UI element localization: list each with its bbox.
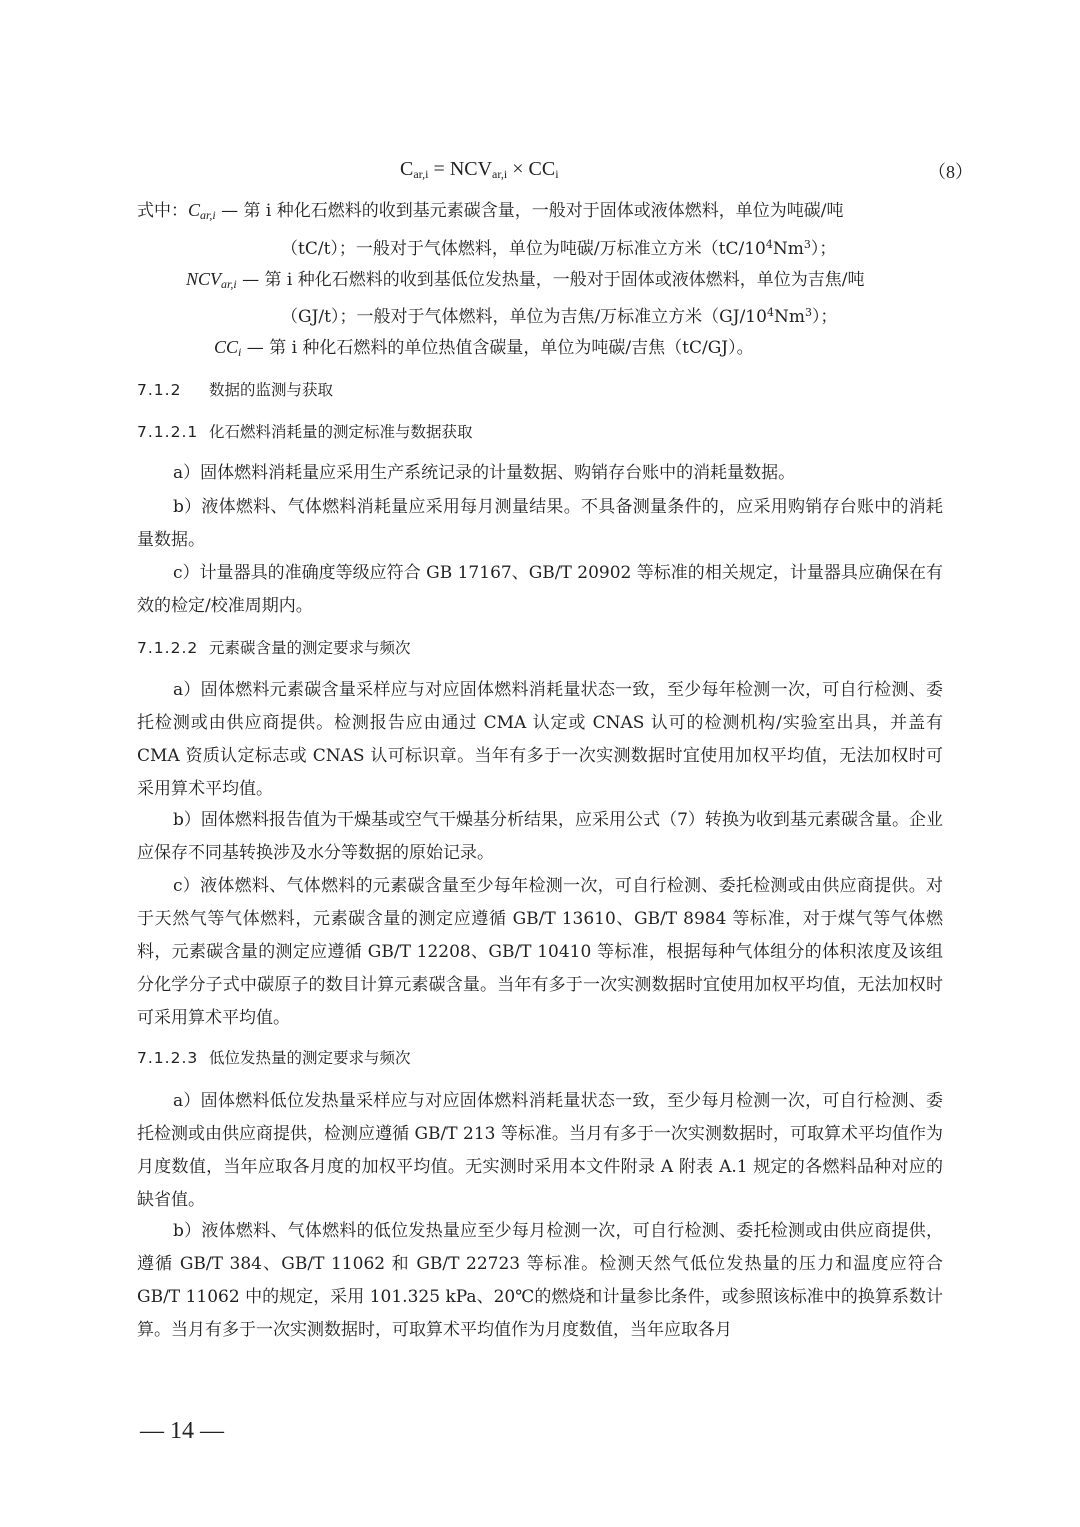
paragraph-7-1-2-3-a: a）固体燃料低位发热量采样应与对应固体燃料消耗量状态一致，至少每月检测一次，可自…	[137, 1085, 943, 1217]
formula-8: Car,i = NCVar,i × CCi （8）	[0, 158, 1080, 188]
formula-expression: Car,i = NCVar,i × CCi	[400, 158, 559, 182]
section-heading-7-1-2: 7.1.2数据的监测与获取	[137, 378, 333, 400]
definition-car-cont: （tC/t）；一般对于气体燃料，单位为吨碳/万标准立方米（tC/104Nm3）；	[281, 228, 836, 266]
section-heading-7-1-2-3: 7.1.2.3低位发热量的测定要求与频次	[137, 1046, 411, 1068]
definition-car: 式中：Car,i — 第 i 种化石燃料的收到基元素碳含量，一般对于固体或液体燃…	[137, 193, 843, 232]
paragraph-7-1-2-1-b: b）液体燃料、气体燃料消耗量应采用每月测量结果。不具备测量条件的，应采用购销存台…	[137, 491, 943, 557]
document-page: Car,i = NCVar,i × CCi （8） 式中：Car,i — 第 i…	[0, 0, 1080, 1527]
paragraph-7-1-2-2-b: b）固体燃料报告值为干燥基或空气干燥基分析结果，应采用公式（7）转换为收到基元素…	[137, 804, 943, 870]
formula-number: （8）	[928, 158, 973, 184]
paragraph-7-1-2-1-c: c）计量器具的准确度等级应符合 GB 17167、GB/T 20902 等标准的…	[137, 557, 943, 623]
paragraph-7-1-2-2-c: c）液体燃料、气体燃料的元素碳含量至少每年检测一次，可自行检测、委托检测或由供应…	[137, 870, 943, 1035]
paragraph-7-1-2-3-b: b）液体燃料、气体燃料的低位发热量应至少每月检测一次，可自行检测、委托检测或由供…	[137, 1215, 943, 1347]
paragraph-7-1-2-1-a: a）固体燃料消耗量应采用生产系统记录的计量数据、购销存台账中的消耗量数据。	[137, 457, 943, 490]
definition-ncv-cont: （GJ/t）；一般对于气体燃料，单位为吉焦/万标准立方米（GJ/104Nm3）；	[281, 296, 837, 334]
paragraph-7-1-2-2-a: a）固体燃料元素碳含量采样应与对应固体燃料消耗量状态一致，至少每年检测一次，可自…	[137, 674, 943, 806]
definition-cc: CCi — 第 i 种化石燃料的单位热值含碳量，单位为吨碳/吉焦（tC/GJ）。	[214, 330, 754, 369]
section-heading-7-1-2-2: 7.1.2.2元素碳含量的测定要求与频次	[137, 636, 411, 658]
page-number: — 14 —	[140, 1418, 224, 1445]
section-heading-7-1-2-1: 7.1.2.1化石燃料消耗量的测定标准与数据获取	[137, 420, 473, 442]
